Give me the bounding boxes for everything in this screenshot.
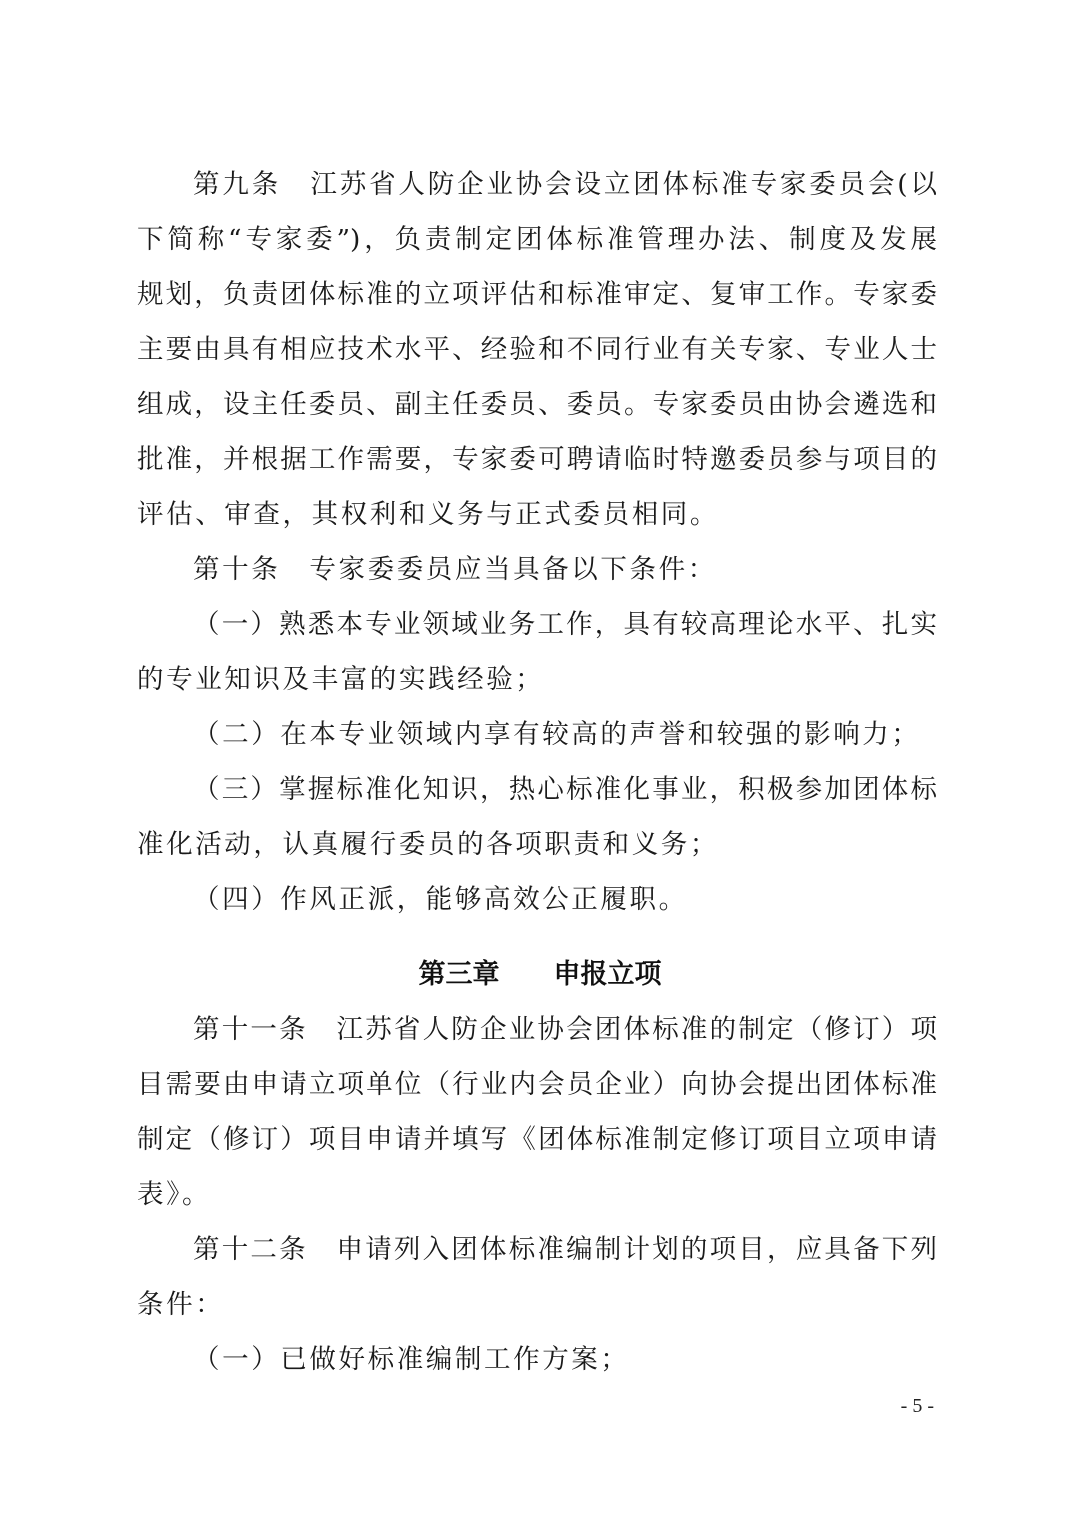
article-10-item-3-line-2: 准化活动，认真履行委员的各项职责和义务； xyxy=(137,827,937,863)
article-12-item-1: （一）已做好标准编制工作方案； xyxy=(193,1342,937,1378)
article-10-item-4: （四）作风正派，能够高效公正履职。 xyxy=(193,882,937,918)
article-10-item-3-line-1: （三）掌握标准化知识，热心标准化事业，积极参加团体标 xyxy=(193,772,937,808)
article-9-line-3: 规划，负责团体标准的立项评估和标准审定、复审工作。专家委 xyxy=(137,277,937,313)
article-12-line-2: 条件： xyxy=(137,1287,937,1323)
article-10-line-1: 第十条 专家委委员应当具备以下条件： xyxy=(193,552,937,588)
article-11-line-3: 制定（修订）项目申请并填写《团体标准制定修订项目立项申请 xyxy=(137,1122,937,1158)
page-number: - 5 - xyxy=(901,1395,934,1418)
article-12-line-1: 第十二条 申请列入团体标准编制计划的项目，应具备下列 xyxy=(193,1232,937,1268)
article-9-line-6: 批准，并根据工作需要，专家委可聘请临时特邀委员参与项目的 xyxy=(137,442,937,478)
article-10-item-1-line-1: （一）熟悉本专业领域业务工作，具有较高理论水平、扎实 xyxy=(193,607,937,643)
article-11-line-1: 第十一条 江苏省人防企业协会团体标准的制定（修订）项 xyxy=(193,1012,937,1048)
article-10-item-1-line-2: 的专业知识及丰富的实践经验； xyxy=(137,662,937,698)
article-9-line-1: 第九条 江苏省人防企业协会设立团体标准专家委员会(以 xyxy=(193,167,937,203)
document-page: 第九条 江苏省人防企业协会设立团体标准专家委员会(以 下简称“专家委”)，负责制… xyxy=(0,0,1080,1527)
article-9-line-2: 下简称“专家委”)，负责制定团体标准管理办法、制度及发展 xyxy=(137,222,937,258)
article-10-item-2: （二）在本专业领域内享有较高的声誉和较强的影响力； xyxy=(193,717,937,753)
article-9-line-4: 主要由具有相应技术水平、经验和不同行业有关专家、专业人士 xyxy=(137,332,937,368)
article-9-line-5: 组成，设主任委员、副主任委员、委员。专家委员由协会遴选和 xyxy=(137,387,937,423)
article-11-line-4: 表》。 xyxy=(137,1177,937,1213)
chapter-3-heading: 第三章 申报立项 xyxy=(0,957,1080,993)
article-11-line-2: 目需要由申请立项单位（行业内会员企业）向协会提出团体标准 xyxy=(137,1067,937,1103)
article-9-line-7: 评估、审查，其权利和义务与正式委员相同。 xyxy=(137,497,937,533)
